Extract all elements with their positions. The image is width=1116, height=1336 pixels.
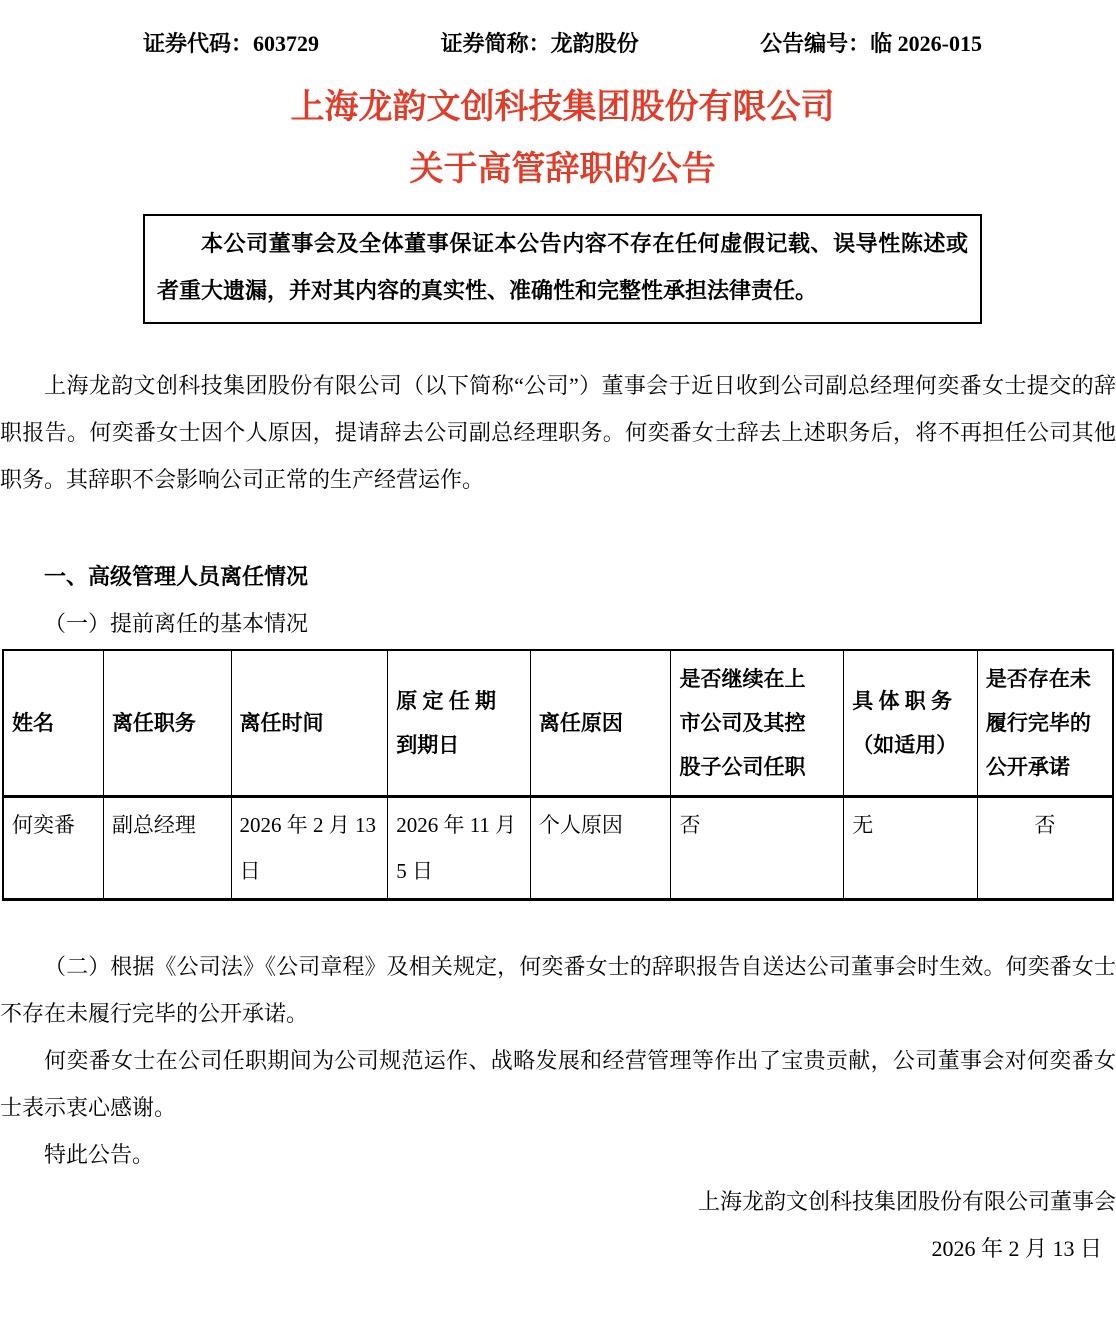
announcement-number: 公告编号：临 2026-015 [760, 30, 982, 58]
doc-meta-header: 证券代码：603729 证券简称：龙韵股份 公告编号：临 2026-015 [143, 0, 982, 58]
cell-continue-in-company: 否 [671, 797, 844, 900]
signature-date: 2026 年 2 月 13 日 [0, 1225, 1116, 1272]
table-header-row: 姓名 离任职务 离任时间 原 定 任 期 到期日 离任原因 是否继续在上 市公司… [3, 650, 1113, 797]
table-row: 何奕番 副总经理 2026 年 2 月 13 日 2026 年 11 月 5 日… [3, 797, 1113, 900]
header-name: 姓名 [3, 650, 103, 797]
announcement-title-company: 上海龙韵文创科技集团股份有限公司 [143, 88, 982, 128]
header-unfulfilled-commitments: 是否存在未 履行完毕的 公开承诺 [977, 650, 1113, 797]
paragraph-gratitude: 何奕番女士在公司任职期间为公司规范运作、战略发展和经营管理等作出了宝贵贡献，公司… [0, 1037, 1116, 1131]
header-specific-position: 具 体 职 务 （如适用） [844, 650, 978, 797]
header-continue-in-company: 是否继续在上 市公司及其控 股子公司任职 [671, 650, 844, 797]
header-original-term-end: 原 定 任 期 到期日 [388, 650, 531, 797]
signature-org: 上海龙韵文创科技集团股份有限公司董事会 [0, 1178, 1116, 1225]
subsection-heading: （一）提前离任的基本情况 [0, 600, 1116, 647]
closing-line: 特此公告。 [0, 1131, 1116, 1178]
disclaimer-box: 本公司董事会及全体董事保证本公告内容不存在任何虚假记载、误导性陈述或者重大遗漏，… [143, 214, 982, 324]
cell-unfulfilled-commitments: 否 [977, 797, 1113, 900]
cell-original-term-end: 2026 年 11 月 5 日 [388, 797, 531, 900]
cell-name: 何奕番 [3, 797, 103, 900]
disclaimer-text: 本公司董事会及全体董事保证本公告内容不存在任何虚假记载、误导性陈述或者重大遗漏，… [157, 231, 968, 303]
cell-departure-reason: 个人原因 [530, 797, 671, 900]
header-departure-date: 离任时间 [231, 650, 388, 797]
cell-departure-position: 副总经理 [103, 797, 231, 900]
intro-paragraph: 上海龙韵文创科技集团股份有限公司（以下简称“公司”）董事会于近日收到公司副总经理… [0, 362, 1116, 503]
section-heading: 一、高级管理人员离任情况 [0, 553, 1116, 600]
paragraph-legal-basis: （二）根据《公司法》《公司章程》及相关规定，何奕番女士的辞职报告自送达公司董事会… [0, 943, 1116, 1037]
header-departure-position: 离任职务 [103, 650, 231, 797]
cell-specific-position: 无 [844, 797, 978, 900]
header-departure-reason: 离任原因 [530, 650, 671, 797]
announcement-title-subject: 关于高管辞职的公告 [143, 150, 982, 190]
cell-departure-date: 2026 年 2 月 13 日 [231, 797, 388, 900]
stock-short-name: 证券简称：龙韵股份 [441, 30, 639, 58]
announcement-page: 证券代码：603729 证券简称：龙韵股份 公告编号：临 2026-015 上海… [0, 0, 1116, 1336]
stock-code: 证券代码：603729 [143, 30, 319, 58]
departure-table: 姓名 离任职务 离任时间 原 定 任 期 到期日 离任原因 是否继续在上 市公司… [2, 649, 1114, 901]
